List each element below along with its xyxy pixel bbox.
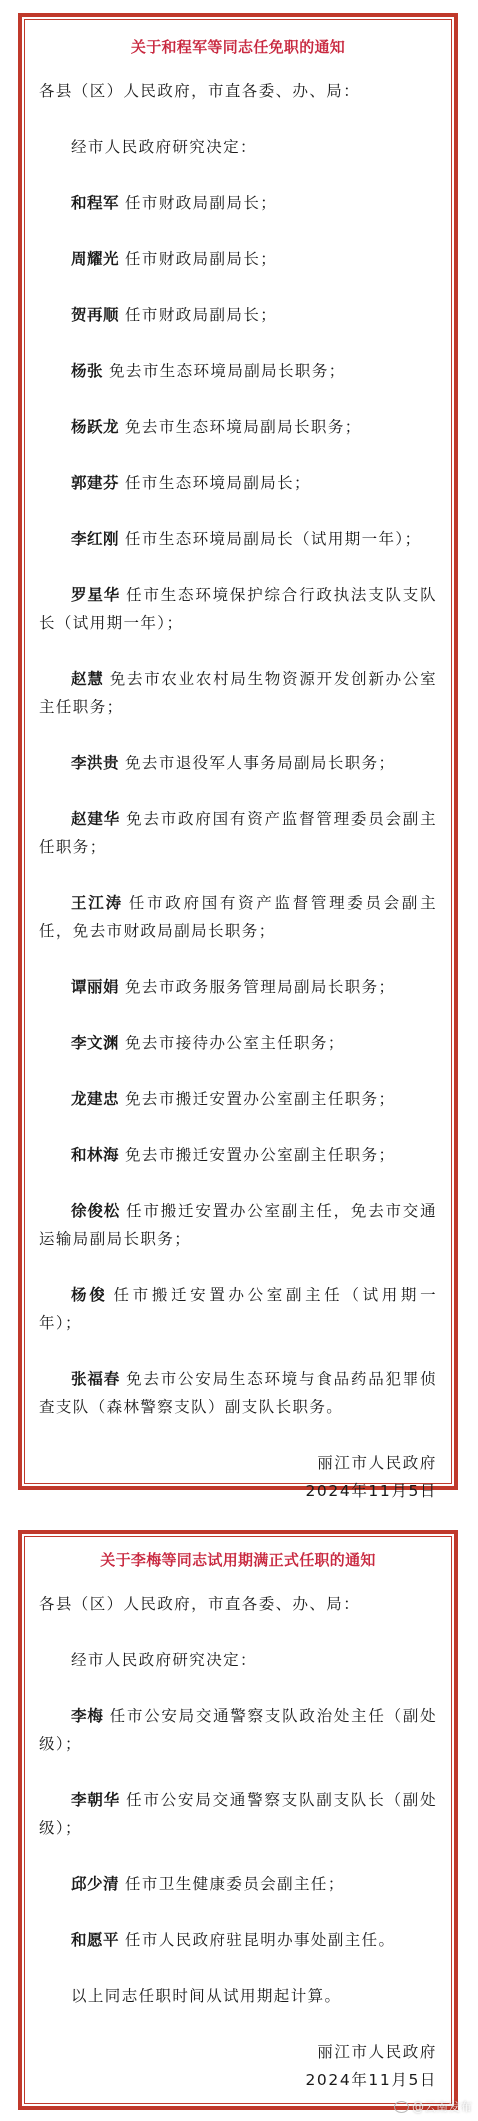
salutation: 各县（区）人民政府，市直各委、办、局：	[39, 77, 437, 105]
appointment-text: 任市财政局副局长；	[125, 194, 277, 212]
appointment-item: 李洪贵免去市退役军人事务局副局长职务；	[39, 749, 437, 777]
appointment-item: 和程军任市财政局副局长；	[39, 189, 437, 217]
appointment-item: 张福春免去市公安局生态环境与食品药品犯罪侦查支队（森林警察支队）副支队长职务。	[39, 1365, 437, 1421]
person-name: 李红刚	[71, 530, 119, 548]
appointment-text: 任市财政局副局长；	[125, 306, 277, 324]
appointment-item: 罗星华任市生态环境保护综合行政执法支队支队长（试用期一年）；	[39, 581, 437, 637]
notice-card-1: 关于和程军等同志任免职的通知 各县（区）人民政府，市直各委、办、局： 经市人民政…	[18, 13, 458, 1490]
appointment-text: 免去市生态环境局副局长职务；	[109, 362, 346, 380]
appointment-item: 李红刚任市生态环境局副局长（试用期一年）；	[39, 525, 437, 553]
person-name: 杨跃龙	[71, 418, 119, 436]
person-name: 赵慧	[71, 670, 104, 688]
appointment-text: 免去市接待办公室主任职务；	[125, 1034, 345, 1052]
notice-card-2: 关于李梅等同志试用期满正式任职的通知 各县（区）人民政府，市直各委、办、局： 经…	[18, 1530, 458, 2110]
person-name: 徐俊松	[71, 1202, 120, 1220]
appointment-item: 杨俊任市搬迁安置办公室副主任（试用期一年）；	[39, 1281, 437, 1337]
person-name: 张福春	[71, 1370, 120, 1388]
appointment-text: 免去市搬迁安置办公室副主任职务；	[125, 1090, 395, 1108]
appointment-item: 杨跃龙免去市生态环境局副局长职务；	[39, 413, 437, 441]
appointment-item: 赵慧免去市农业农村局生物资源开发创新办公室主任职务；	[39, 665, 437, 721]
appointment-text: 任市人民政府驻昆明办事处副主任。	[125, 1931, 395, 1949]
appointment-text: 任市财政局副局长；	[125, 250, 277, 268]
appointment-item: 邱少清任市卫生健康委员会副主任；	[39, 1870, 437, 1898]
notice-content: 关于和程军等同志任免职的通知 各县（区）人民政府，市直各委、办、局： 经市人民政…	[39, 17, 437, 1505]
person-name: 罗星华	[71, 586, 120, 604]
watermark: @云南发布	[394, 2098, 472, 2115]
appointment-item: 徐俊松任市搬迁安置办公室副主任，免去市交通运输局副局长职务；	[39, 1197, 437, 1253]
appointment-item: 谭丽娟免去市政务服务管理局副局长职务；	[39, 973, 437, 1001]
person-name: 王江涛	[71, 894, 123, 912]
salutation: 各县（区）人民政府，市直各委、办、局：	[39, 1590, 437, 1618]
person-name: 谭丽娟	[71, 978, 119, 996]
appointment-item: 周耀光任市财政局副局长；	[39, 245, 437, 273]
appointment-list: 李梅任市公安局交通警察支队政治处主任（副处级）；李朝华任市公安局交通警察支队副支…	[39, 1702, 437, 1954]
appointment-item: 和林海免去市搬迁安置办公室副主任职务；	[39, 1141, 437, 1169]
intro: 经市人民政府研究决定：	[39, 133, 437, 161]
weibo-icon	[394, 2101, 409, 2113]
person-name: 和程军	[71, 194, 119, 212]
appointment-item: 和愿平任市人民政府驻昆明办事处副主任。	[39, 1926, 437, 1954]
closing-note: 以上同志任职时间从试用期起计算。	[39, 1982, 437, 2010]
appointment-text: 免去市生态环境局副局长职务；	[125, 418, 362, 436]
person-name: 杨俊	[71, 1286, 108, 1304]
appointment-item: 王江涛任市政府国有资产监督管理委员会副主任，免去市财政局副局长职务；	[39, 889, 437, 945]
intro: 经市人民政府研究决定：	[39, 1646, 437, 1674]
person-name: 李洪贵	[71, 754, 119, 772]
appointment-item: 郭建芬任市生态环境局副局长；	[39, 469, 437, 497]
person-name: 贺再顺	[71, 306, 119, 324]
appointment-item: 龙建忠免去市搬迁安置办公室副主任职务；	[39, 1085, 437, 1113]
appointment-item: 李梅任市公安局交通警察支队政治处主任（副处级）；	[39, 1702, 437, 1758]
signature: 丽江市人民政府	[39, 1449, 437, 1477]
person-name: 杨张	[71, 362, 103, 380]
person-name: 李梅	[71, 1707, 104, 1725]
appointment-text: 免去市搬迁安置办公室副主任职务；	[125, 1146, 395, 1164]
person-name: 和愿平	[71, 1931, 119, 1949]
appointment-text: 任市卫生健康委员会副主任；	[125, 1875, 345, 1893]
notice-title: 关于李梅等同志试用期满正式任职的通知	[39, 1546, 437, 1574]
appointment-item: 杨张免去市生态环境局副局长职务；	[39, 357, 437, 385]
appointment-text: 任市生态环境局副局长；	[125, 474, 311, 492]
person-name: 周耀光	[71, 250, 119, 268]
appointment-item: 赵建华免去市政府国有资产监督管理委员会副主任职务；	[39, 805, 437, 861]
appointment-item: 李朝华任市公安局交通警察支队副支队长（副处级）；	[39, 1786, 437, 1842]
person-name: 李文渊	[71, 1034, 119, 1052]
person-name: 赵建华	[71, 810, 120, 828]
notice-content: 关于李梅等同志试用期满正式任职的通知 各县（区）人民政府，市直各委、办、局： 经…	[39, 1534, 437, 2094]
appointment-item: 李文渊免去市接待办公室主任职务；	[39, 1029, 437, 1057]
person-name: 郭建芬	[71, 474, 119, 492]
appointment-text: 免去市政务服务管理局副局长职务；	[125, 978, 395, 996]
appointment-text: 免去市退役军人事务局副局长职务；	[125, 754, 395, 772]
person-name: 邱少清	[71, 1875, 119, 1893]
appointment-list: 和程军任市财政局副局长；周耀光任市财政局副局长；贺再顺任市财政局副局长；杨张免去…	[39, 189, 437, 1421]
appointment-item: 贺再顺任市财政局副局长；	[39, 301, 437, 329]
watermark-text: @云南发布	[412, 2098, 472, 2115]
appointment-text: 任市生态环境局副局长（试用期一年）；	[125, 530, 421, 548]
date: 2024年11月5日	[39, 1477, 437, 1505]
notice-title: 关于和程军等同志任免职的通知	[39, 33, 437, 61]
person-name: 李朝华	[71, 1791, 120, 1809]
signature: 丽江市人民政府	[39, 2038, 437, 2066]
person-name: 和林海	[71, 1146, 119, 1164]
person-name: 龙建忠	[71, 1090, 119, 1108]
date: 2024年11月5日	[39, 2066, 437, 2094]
